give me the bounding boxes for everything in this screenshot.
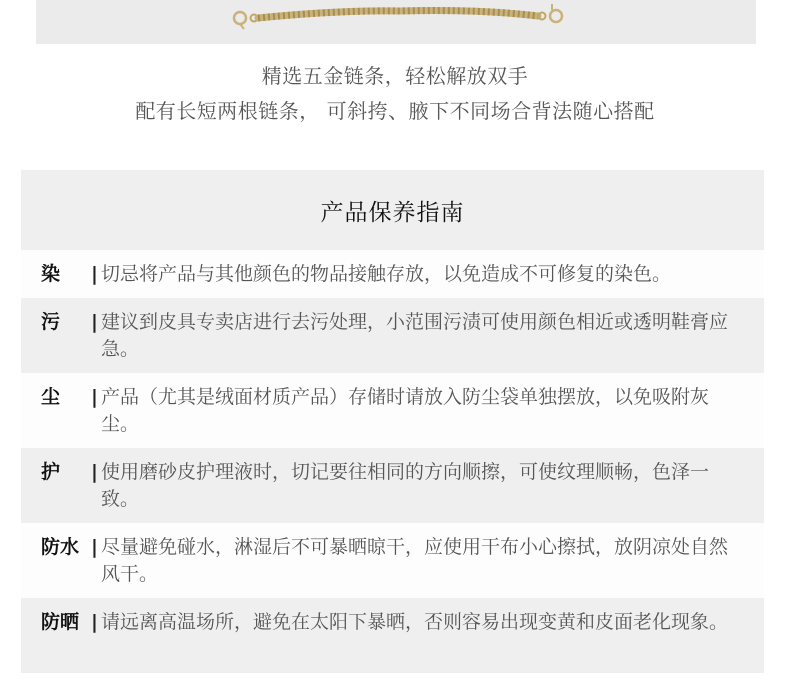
- care-row-label: 污: [41, 309, 91, 336]
- care-row-waterproof: 防水 | 尽量避免碰水，淋湿后不可暴晒晾干，应使用干布小心擦拭，放阴凉处自然风干…: [21, 523, 764, 598]
- care-guide-panel: 产品保养指南 染 | 切忌将产品与其他颜色的物品接触存放，以免造成不可修复的染色…: [21, 170, 764, 673]
- caption-line-2: 配有长短两根链条， 可斜挎、腋下不同场合背法随心搭配: [0, 95, 790, 124]
- separator-bar: |: [91, 459, 101, 486]
- care-row-dust: 尘 | 产品（尤其是绒面材质产品）存储时请放入防尘袋单独摆放，以免吸附灰尘。: [21, 373, 764, 448]
- separator-bar: |: [91, 609, 101, 636]
- care-row-label: 防晒: [41, 609, 91, 636]
- separator-bar: |: [91, 534, 101, 561]
- care-row-text: 尽量避免碰水，淋湿后不可暴晒晾干，应使用干布小心擦拭，放阴凉处自然风干。: [101, 534, 744, 588]
- care-row-label: 尘: [41, 384, 91, 411]
- care-row-label: 防水: [41, 534, 91, 561]
- care-row-protect: 护 | 使用磨砂皮护理液时，切记要往相同的方向顺擦，可使纹理顺畅，色泽一致。: [21, 448, 764, 523]
- care-row-text: 使用磨砂皮护理液时，切记要往相同的方向顺擦，可使纹理顺畅，色泽一致。: [101, 459, 744, 513]
- care-row-sunproof: 防晒 | 请远离高温场所，避免在太阳下暴晒，否则容易出现变黄和皮面老化现象。: [21, 598, 764, 673]
- care-row-stain: 污 | 建议到皮具专卖店进行去污处理，小范围污渍可使用颜色相近或透明鞋膏应急。: [21, 298, 764, 373]
- care-row-label: 护: [41, 459, 91, 486]
- care-guide-title: 产品保养指南: [321, 194, 465, 227]
- separator-bar: |: [91, 384, 101, 411]
- care-guide-header: 产品保养指南: [21, 170, 764, 250]
- care-row-text: 请远离高温场所，避免在太阳下暴晒，否则容易出现变黄和皮面老化现象。: [101, 609, 744, 636]
- separator-bar: |: [91, 261, 101, 288]
- separator-bar: |: [91, 309, 101, 336]
- product-image-strip: [36, 0, 756, 44]
- care-row-text: 建议到皮具专卖店进行去污处理，小范围污渍可使用颜色相近或透明鞋膏应急。: [101, 309, 744, 363]
- care-row-label: 染: [41, 261, 91, 288]
- product-detail-page: 精选五金链条，轻松解放双手 配有长短两根链条， 可斜挎、腋下不同场合背法随心搭配…: [0, 0, 790, 684]
- gold-chain-image: [230, 4, 566, 30]
- care-row-text: 产品（尤其是绒面材质产品）存储时请放入防尘袋单独摆放，以免吸附灰尘。: [101, 384, 744, 438]
- care-row-dye: 染 | 切忌将产品与其他颜色的物品接触存放，以免造成不可修复的染色。: [21, 250, 764, 298]
- care-row-text: 切忌将产品与其他颜色的物品接触存放，以免造成不可修复的染色。: [101, 261, 744, 288]
- caption-line-1: 精选五金链条，轻松解放双手: [0, 60, 790, 89]
